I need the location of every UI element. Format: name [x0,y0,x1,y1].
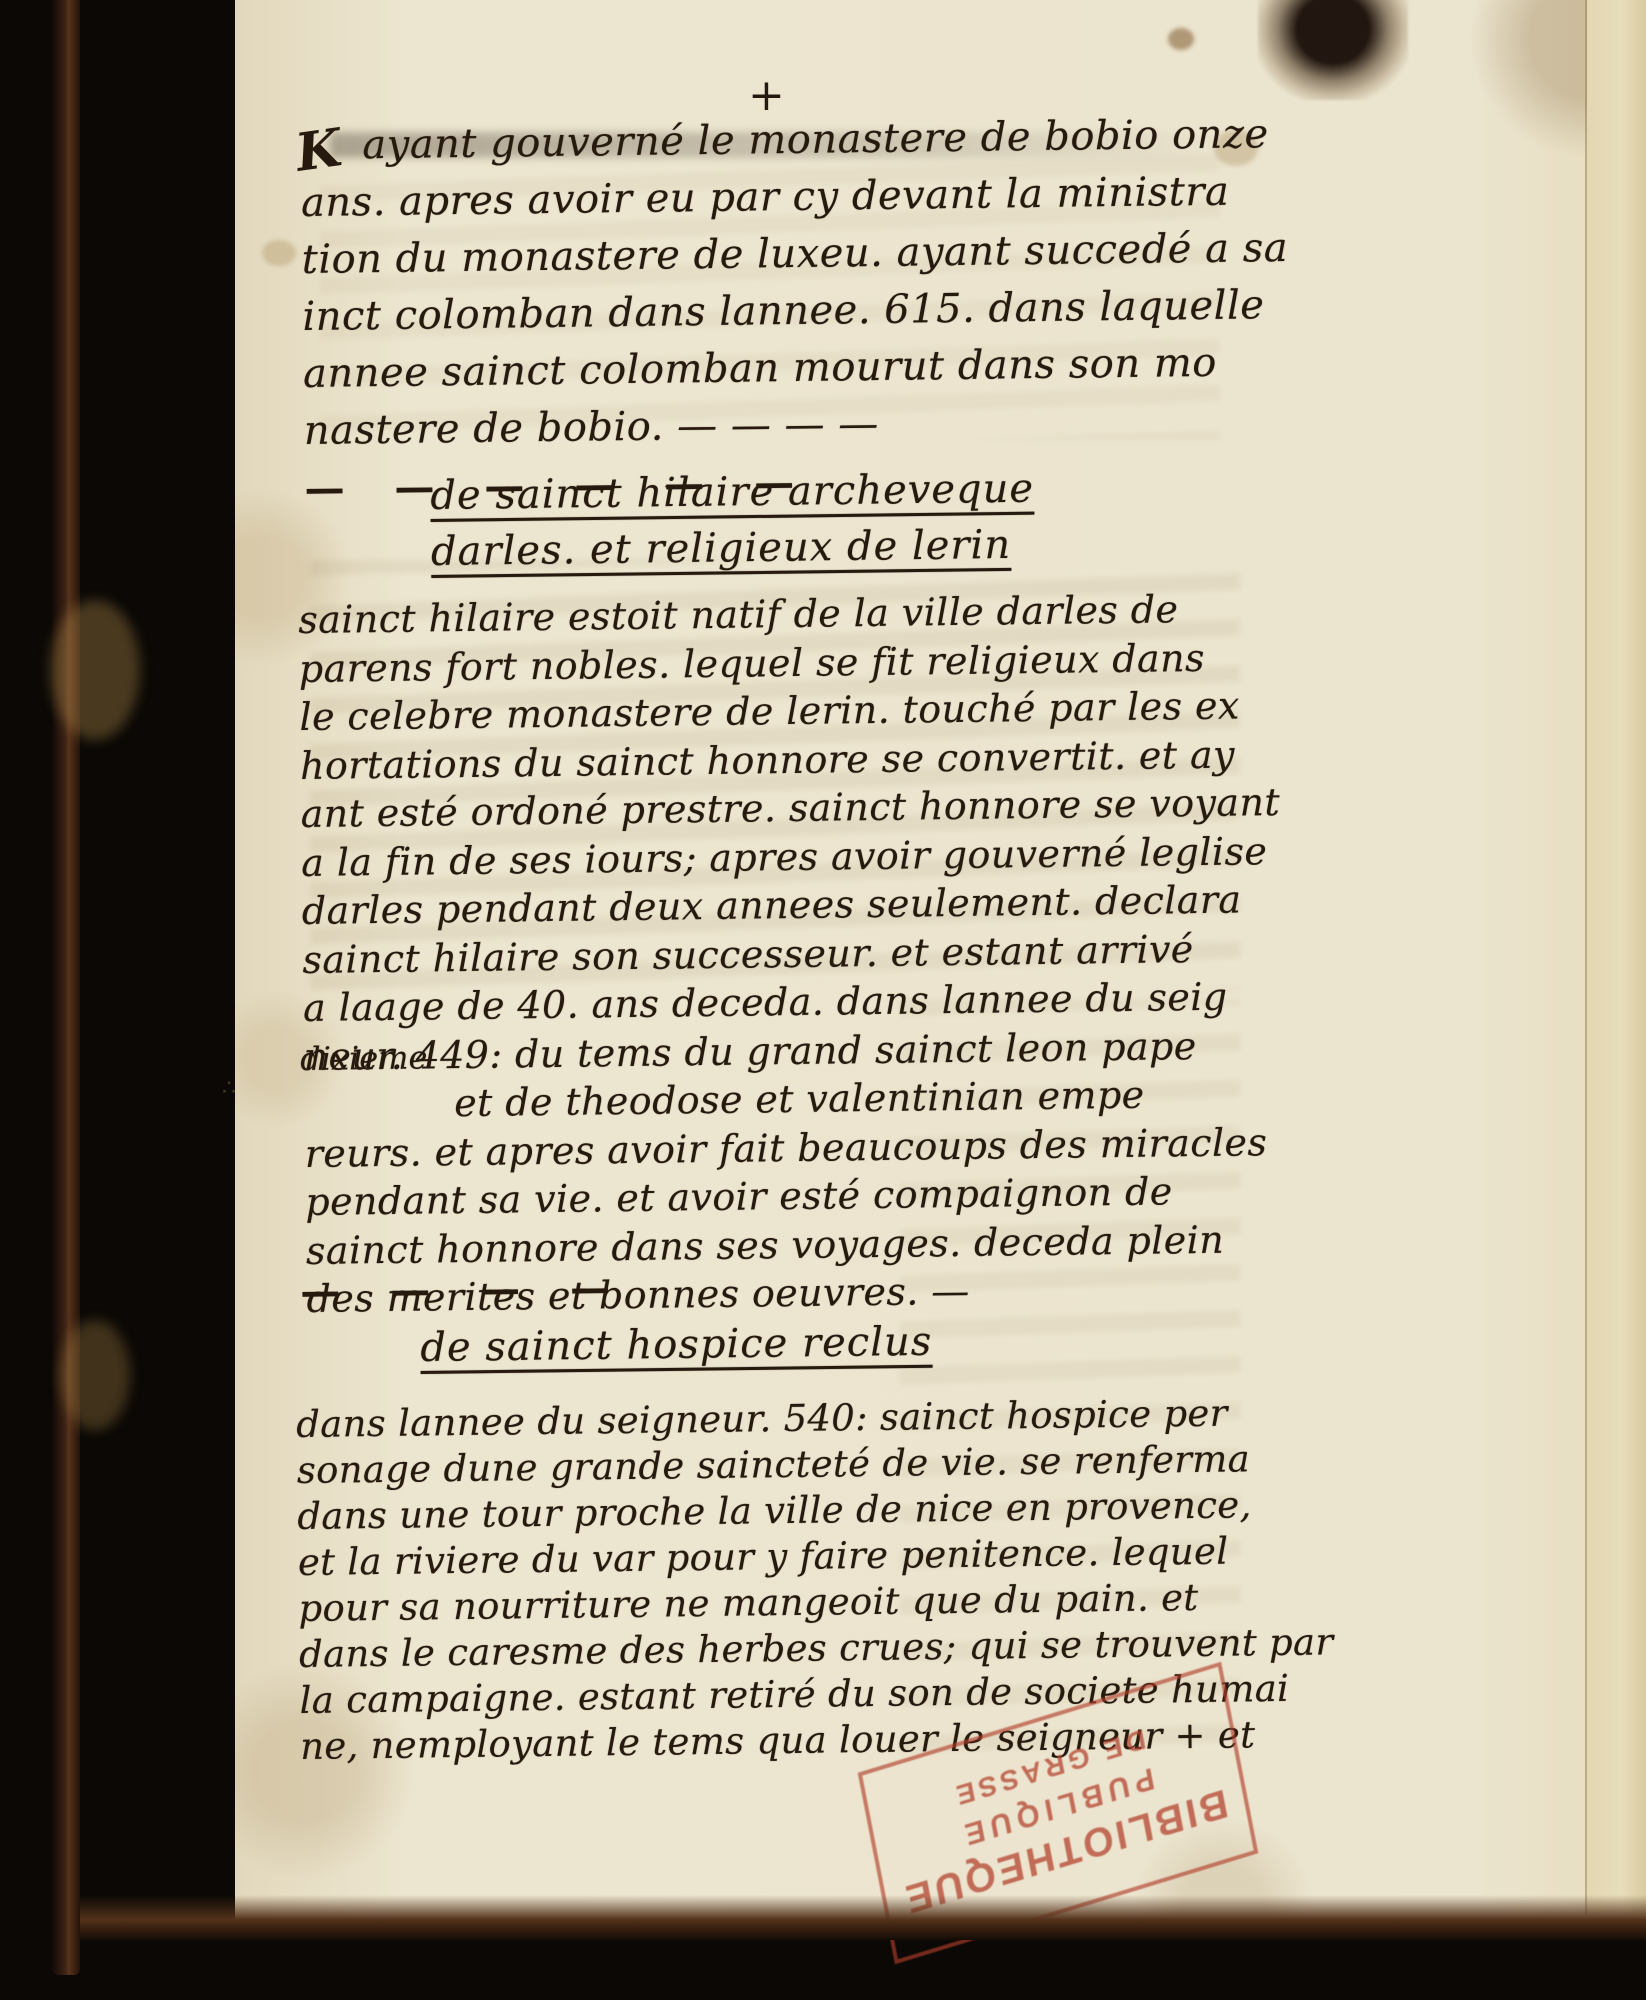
section-rule: — — — — [300,1264,628,1315]
page-edge-stack [80,0,238,1960]
heading-saint-hospice: de sainct hospice reclus [420,1314,933,1376]
heading-line: de sainct hospice reclus [420,1314,933,1376]
edge-stain [50,600,140,740]
edge-stain [60,1320,130,1430]
stain [262,240,296,266]
heading-saint-hilaire: de sainct hilaire archeveque darles. et … [430,461,1035,580]
margin-mark: ∴ [222,1076,238,1101]
manuscript-scan: + K ayant gouverné le monastere de bobio… [0,0,1646,2000]
book-cover-spine [52,0,80,1975]
heading-line: darles. et religieux de lerin [431,517,1035,580]
paragraph-bobio: ayant gouverné le monastere de bobio onz… [300,106,1291,517]
heading-line: de sainct hilaire archeveque [430,461,1034,524]
paragraph-saint-hilaire: sainct hilaire estoit natif de la ville … [298,584,1286,1323]
page-bottom-edge [80,1895,1646,1940]
page-right-edge [1585,0,1646,1915]
text-line: annee sainct colomban mourut dans son mo [303,334,1290,403]
interline-insertion: dixieme [300,1038,428,1078]
stain [1168,28,1194,50]
ink-blot [1258,0,1408,100]
